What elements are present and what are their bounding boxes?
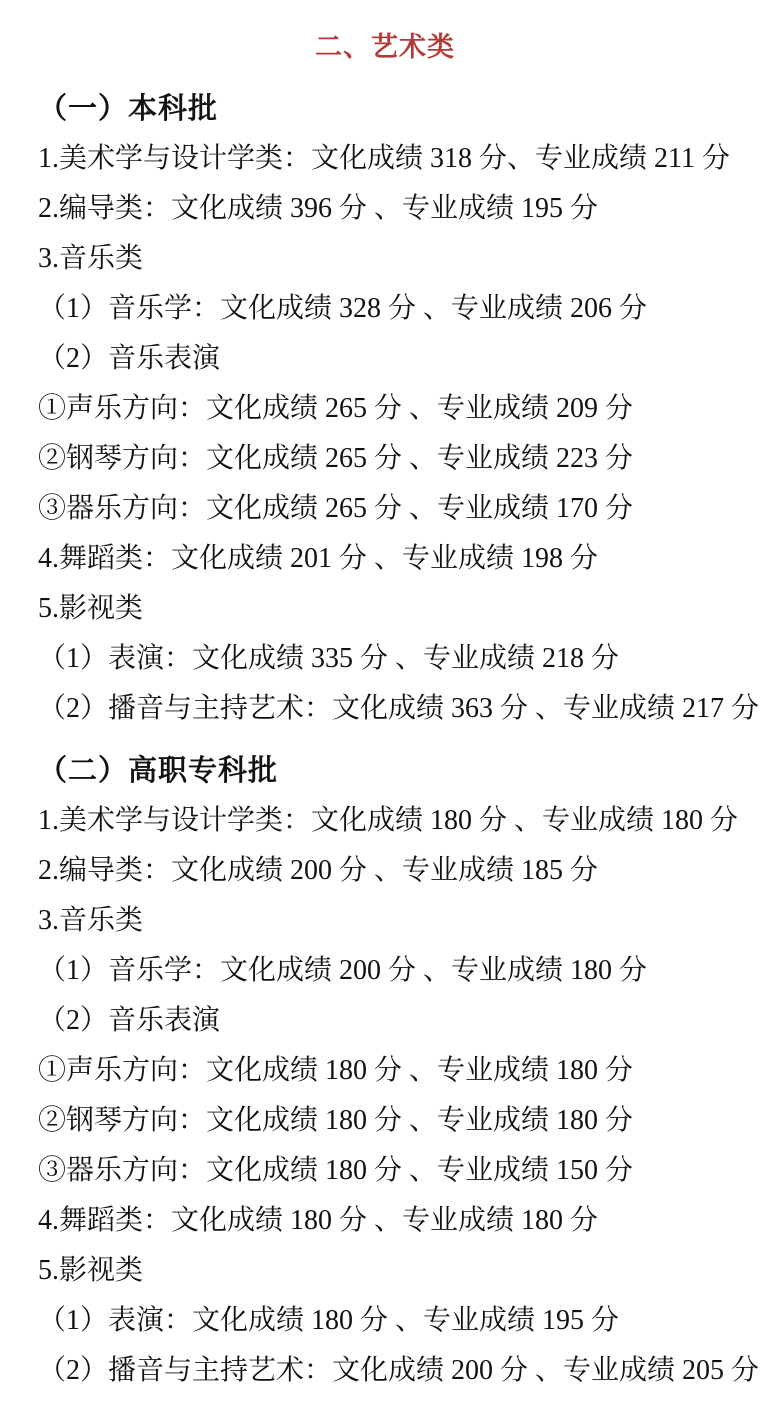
score-line: （1）音乐学：文化成绩 200 分 、专业成绩 180 分 — [38, 946, 732, 996]
score-line: 4.舞蹈类：文化成绩 201 分 、专业成绩 198 分 — [38, 534, 732, 584]
score-line: （2）音乐表演 — [38, 996, 732, 1046]
score-line: （2）音乐表演 — [38, 334, 732, 384]
score-line: 1.美术学与设计学类：文化成绩 180 分 、专业成绩 180 分 — [38, 796, 732, 846]
score-line: （1）音乐学：文化成绩 328 分 、专业成绩 206 分 — [38, 284, 732, 334]
score-line: （1）表演：文化成绩 180 分 、专业成绩 195 分 — [38, 1296, 732, 1346]
page-title: 二、艺术类 — [38, 30, 732, 64]
section-heading-benke: （一）本科批 — [38, 84, 732, 134]
score-line: 1.美术学与设计学类：文化成绩 318 分、专业成绩 211 分 — [38, 134, 732, 184]
score-line: 5.影视类 — [38, 584, 732, 634]
score-line: 4.舞蹈类：文化成绩 180 分 、专业成绩 180 分 — [38, 1196, 732, 1246]
score-line: ②钢琴方向：文化成绩 180 分 、专业成绩 180 分 — [38, 1096, 732, 1146]
section-benke: （一）本科批 1.美术学与设计学类：文化成绩 318 分、专业成绩 211 分 … — [38, 84, 732, 734]
score-line: 2.编导类：文化成绩 396 分 、专业成绩 195 分 — [38, 184, 732, 234]
section-gaozhi-zhuanke: （二）高职专科批 1.美术学与设计学类：文化成绩 180 分 、专业成绩 180… — [38, 746, 732, 1396]
score-line: ②钢琴方向：文化成绩 265 分 、专业成绩 223 分 — [38, 434, 732, 484]
score-line: （2）播音与主持艺术：文化成绩 363 分 、专业成绩 217 分 — [38, 684, 732, 734]
section-heading-zhuanke: （二）高职专科批 — [38, 746, 732, 796]
score-line: 3.音乐类 — [38, 234, 732, 284]
score-line: 2.编导类：文化成绩 200 分 、专业成绩 185 分 — [38, 846, 732, 896]
score-line: ③器乐方向：文化成绩 265 分 、专业成绩 170 分 — [38, 484, 732, 534]
score-line: （1）表演：文化成绩 335 分 、专业成绩 218 分 — [38, 634, 732, 684]
score-line: （2）播音与主持艺术：文化成绩 200 分 、专业成绩 205 分 — [38, 1346, 732, 1396]
score-line: ①声乐方向：文化成绩 180 分 、专业成绩 180 分 — [38, 1046, 732, 1096]
score-line: 3.音乐类 — [38, 896, 732, 946]
score-line: 5.影视类 — [38, 1246, 732, 1296]
score-line: ①声乐方向：文化成绩 265 分 、专业成绩 209 分 — [38, 384, 732, 434]
document-body: 二、艺术类 （一）本科批 1.美术学与设计学类：文化成绩 318 分、专业成绩 … — [0, 30, 768, 1396]
score-line: ③器乐方向：文化成绩 180 分 、专业成绩 150 分 — [38, 1146, 732, 1196]
